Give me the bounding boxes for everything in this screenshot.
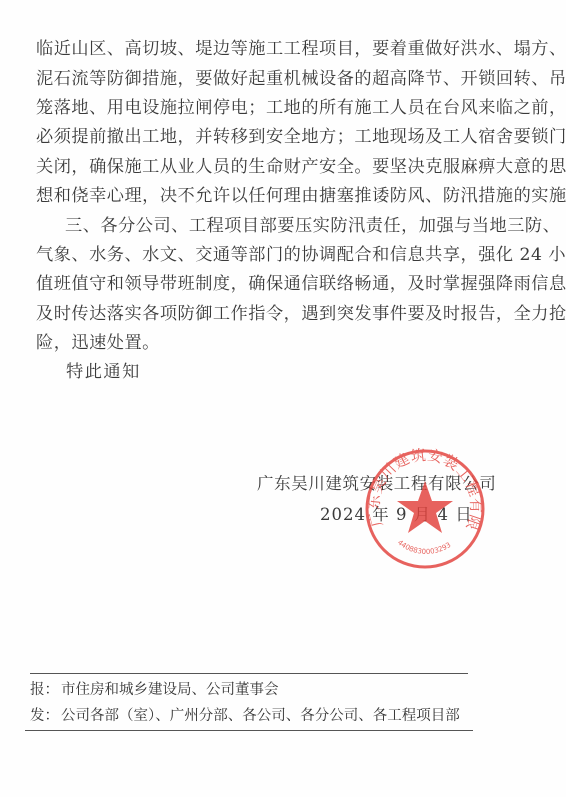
- body-line-3: 笼落地、用电设施拉闸停电；工地的所有施工人员在台风来临之前，: [36, 98, 480, 118]
- report-to-line: 报：市住房和城乡建设局、公司董事会: [30, 681, 279, 699]
- svg-text:4408830003293: 4408830003293: [396, 539, 452, 556]
- send-label: 发：: [30, 708, 59, 724]
- signature-company: 广东吴川建筑安装工程有限公司: [257, 474, 496, 494]
- send-to-line: 发：公司各部（室）、广州分部、各公司、各分公司、各工程项目部: [30, 707, 460, 725]
- section-three-line-5: 险，迅速处置。: [36, 333, 480, 353]
- body-line-6: 想和侥幸心理，决不允许以任何理由搪塞推诿防风、防汛措施的实施。: [36, 186, 480, 206]
- document-page: 临近山区、高切坡、堤边等施工工程项目，要着重做好洪水、塌方、 泥石流等防御措施，…: [0, 0, 566, 797]
- body-line-2: 泥石流等防御措施，要做好起重机械设备的超高降节、开锁回转、吊: [36, 69, 480, 89]
- body-line-4: 必须提前撤出工地，并转移到安全地方；工地现场及工人宿舍要锁门: [36, 127, 480, 147]
- report-label: 报：: [30, 682, 59, 698]
- section-three-line-4: 及时传达落实各项防御工作指令，遇到突发事件要及时报告，全力抢: [36, 304, 480, 324]
- footer-bottom-rule: [25, 730, 473, 731]
- section-three-line-1: 三、各分公司、工程项目部要压实防汛责任，加强与当地三防、: [65, 216, 480, 236]
- closing-text: 特此通知: [66, 362, 141, 382]
- section-three-line-2: 气象、水务、水文、交通等部门的协调配合和信息共享，强化 24 小时: [36, 245, 480, 265]
- signature-date: 2024 年 9 月 4 日: [320, 505, 473, 525]
- section-three-line-3: 值班值守和领导带班制度，确保通信联络畅通，及时掌握强降雨信息，: [36, 274, 480, 294]
- footer-top-rule: [30, 673, 468, 674]
- send-to-value: 公司各部（室）、广州分部、各公司、各分公司、各工程项目部: [61, 708, 460, 724]
- seal-number: 4408830003293: [396, 539, 452, 556]
- body-line-1: 临近山区、高切坡、堤边等施工工程项目，要着重做好洪水、塌方、: [36, 39, 480, 59]
- body-line-5: 关闭，确保施工从业人员的生命财产安全。要坚决克服麻痹大意的思: [36, 157, 480, 177]
- report-to-value: 市住房和城乡建设局、公司董事会: [61, 682, 279, 698]
